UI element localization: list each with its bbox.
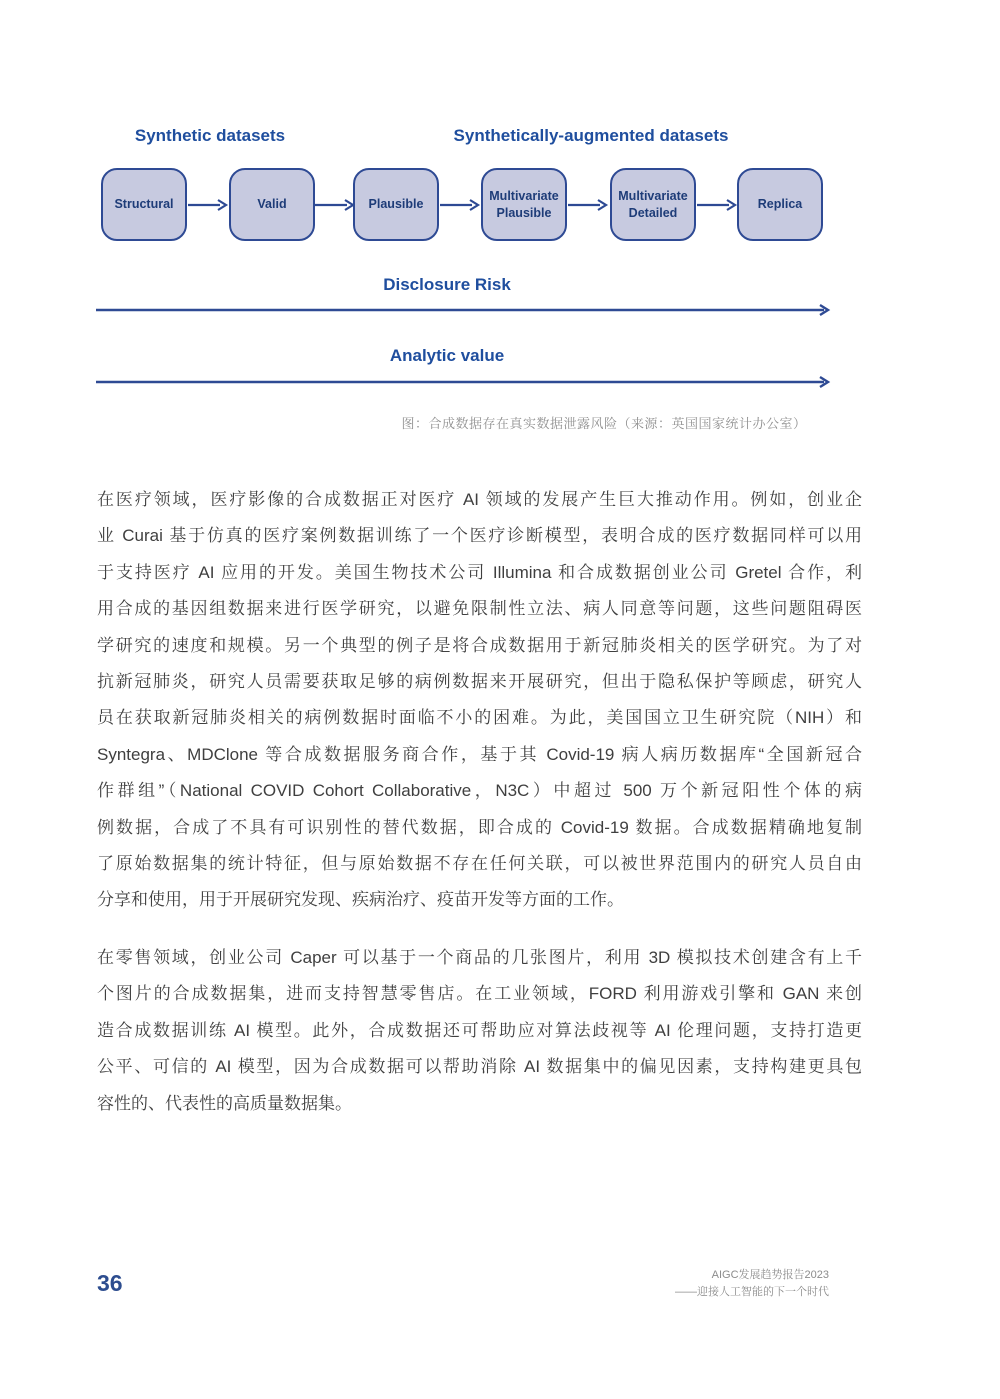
right-arrow-icon bbox=[314, 197, 356, 213]
paragraph-line: 公平、可信的 AI 模型，因为合成数据可以帮助消除 AI 数据集中的偏见因素，支… bbox=[97, 1049, 862, 1085]
paragraph-medical: 在医疗领域，医疗影像的合成数据正对医疗 AI 领域的发展产生巨大推动作用。例如，… bbox=[97, 482, 862, 919]
paragraph-line: 在医疗领域，医疗影像的合成数据正对医疗 AI 领域的发展产生巨大推动作用。例如，… bbox=[97, 482, 862, 518]
paragraph-line: 学研究的速度和规模。另一个典型的例子是将合成数据用于新冠肺炎相关的医学研究。为了… bbox=[97, 628, 862, 664]
flow-box-plausible: Plausible bbox=[353, 168, 439, 241]
paragraph-line: 分享和使用，用于开展研究发现、疾病治疗、疫苗开发等方面的工作。 bbox=[97, 882, 862, 918]
right-arrow-icon bbox=[95, 302, 832, 318]
paragraph-line: 抗新冠肺炎，研究人员需要获取足够的病例数据来开展研究，但出于隐私保护等顾虑，研究… bbox=[97, 664, 862, 700]
paragraph-line: 用合成的基因组数据来进行医学研究，以避免限制性立法、病人同意等问题，这些问题阻碍… bbox=[97, 591, 862, 627]
right-arrow-icon bbox=[187, 197, 229, 213]
flow-box-structural: Structural bbox=[101, 168, 187, 241]
paragraph-line: 作群组”（National COVID Cohort Collaborative… bbox=[97, 773, 862, 809]
axis-label-analytic-value: Analytic value bbox=[390, 346, 504, 366]
flow-box-label: Valid bbox=[257, 196, 286, 212]
flow-box-label: Replica bbox=[758, 196, 802, 212]
paragraph-line: 例数据，合成了不具有可识别性的替代数据，即合成的 Covid-19 数据。合成数… bbox=[97, 810, 862, 846]
figure-caption: 图：合成数据存在真实数据泄露风险（来源：英国国家统计办公室） bbox=[401, 413, 806, 432]
document-page: Synthetic datasets Synthetically-augment… bbox=[0, 0, 1000, 1399]
right-arrow-icon bbox=[439, 197, 481, 213]
paragraph-retail-industry: 在零售领域，创业公司 Caper 可以基于一个商品的几张图片，利用 3D 模拟技… bbox=[97, 940, 862, 1122]
paragraph-line: Syntegra、MDClone 等合成数据服务商合作，基于其 Covid-19… bbox=[97, 737, 862, 773]
flow-box-label: Structural bbox=[114, 196, 173, 212]
paragraph-line: 员在获取新冠肺炎相关的病例数据时面临不小的困难。为此，美国国立卫生研究院（NIH… bbox=[97, 700, 862, 736]
flow-box-label: Multivariate Plausible bbox=[485, 188, 563, 221]
paragraph-line: 造合成数据训练 AI 模型。此外，合成数据还可帮助应对算法歧视等 AI 伦理问题… bbox=[97, 1013, 862, 1049]
paragraph-line: 了原始数据集的统计特征，但与原始数据不存在任何关联，可以被世界范围内的研究人员自… bbox=[97, 846, 862, 882]
flow-box-valid: Valid bbox=[229, 168, 315, 241]
right-arrow-icon bbox=[95, 374, 832, 390]
figure-group-label-augmented: Synthetically-augmented datasets bbox=[454, 126, 729, 146]
figure-group-label-synthetic: Synthetic datasets bbox=[135, 126, 285, 146]
paragraph-line: 于支持医疗 AI 应用的开发。美国生物技术公司 Illumina 和合成数据创业… bbox=[97, 555, 862, 591]
paragraph-line: 在零售领域，创业公司 Caper 可以基于一个商品的几张图片，利用 3D 模拟技… bbox=[97, 940, 862, 976]
paragraph-line: 容性的、代表性的高质量数据集。 bbox=[97, 1086, 862, 1122]
flow-box-label: Multivariate Detailed bbox=[614, 188, 692, 221]
flow-box-replica: Replica bbox=[737, 168, 823, 241]
flow-box-label: Plausible bbox=[369, 196, 424, 212]
page-number: 36 bbox=[97, 1270, 123, 1297]
right-arrow-icon bbox=[696, 197, 738, 213]
flow-box-multivariate-detailed: Multivariate Detailed bbox=[610, 168, 696, 241]
footer-report-title: AIGC发展趋势报告2023 bbox=[675, 1267, 829, 1284]
paragraph-line: 业 Curai 基于仿真的医疗案例数据训练了一个医疗诊断模型，表明合成的医疗数据… bbox=[97, 518, 862, 554]
footer-report-subtitle: ——迎接人工智能的下一个时代 bbox=[675, 1284, 829, 1301]
paragraph-line: 个图片的合成数据集，进而支持智慧零售店。在工业领域，FORD 利用游戏引擎和 G… bbox=[97, 976, 862, 1012]
right-arrow-icon bbox=[567, 197, 609, 213]
flow-box-multivariate-plausible: Multivariate Plausible bbox=[481, 168, 567, 241]
axis-label-disclosure-risk: Disclosure Risk bbox=[383, 275, 511, 295]
footer-report-info: AIGC发展趋势报告2023 ——迎接人工智能的下一个时代 bbox=[675, 1267, 829, 1301]
